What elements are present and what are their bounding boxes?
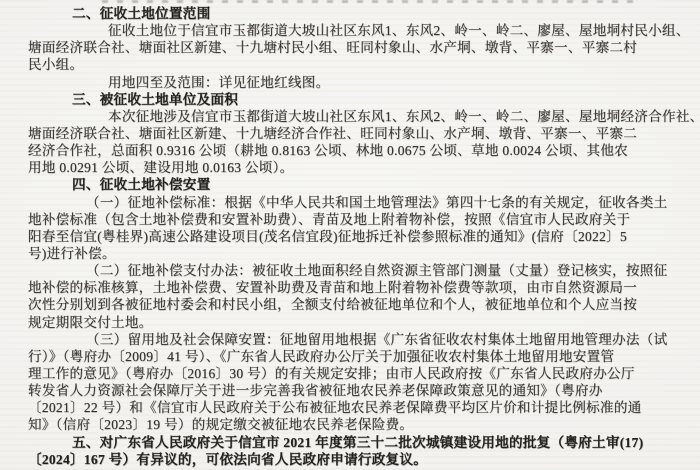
text-line: 知》（信府〔2023〕19 号）的规定缴交被征地农民养老保险费。 — [0, 416, 700, 433]
text-line: 三、被征收土地单位及面积 — [0, 91, 700, 108]
text-line: 行）》（粤府办〔2009〕41 号）、《广东省人民政府办公厅关于加强征收农村集体… — [0, 348, 700, 365]
text-line: 次性分别划到各被征地村委会和村民小组，全额支付给被征地单位和个人，被征地单位和个… — [0, 296, 700, 313]
scanned-document-page: 二、征收土地位置范围征收土地位于信宜市玉都街道大坡山社区东风1、东风2、岭一、岭… — [0, 0, 700, 470]
text-line: 经济合作社，总面积 0.9316 公顷（耕地 0.8163 公顷、林地 0.06… — [0, 142, 700, 159]
text-line: 用地四至及范围：详见征地红线图。 — [0, 74, 700, 91]
text-line: 转发省人力资源社会保障厅关于进一步完善我省被征地农民养老保障政策意见的通知》（粤… — [0, 382, 700, 399]
text-line: 征收土地位于信宜市玉都街道大坡山社区东风1、东风2、岭一、岭二、廖屋、屋地垌村民… — [0, 22, 700, 39]
text-line: 五、对广东省人民政府关于信宜市 2021 年度第三十二批次城镇建设用地的批复（粤… — [0, 434, 700, 451]
document-body: 二、征收土地位置范围征收土地位于信宜市玉都街道大坡山社区东风1、东风2、岭一、岭… — [0, 5, 700, 468]
text-line: 阳春至信宜(粤桂界)高速公路建设项目(茂名信宜段)征地拆迁补偿参照标准的通知》(… — [0, 228, 700, 245]
text-line: 理工作的意见》（粤府办〔2016〕30 号）的有关规定安排；由市人民政府按《广东… — [0, 365, 700, 382]
text-line: 二、征收土地位置范围 — [0, 5, 700, 22]
text-line: （三）留用地及社会保障安置：征地留用地根据《广东省征收农村集体土地留用地管理办法… — [0, 331, 700, 348]
text-line: 塘面经济联合社、塘面社区新建、十九塘经济合作社、旺同村象山、水产垌、墩背、平寨一… — [0, 125, 700, 142]
text-line: 地补偿标准（包含土地补偿费和安置补助费）、青苗及地上附着物补偿，按照《信宜市人民… — [0, 211, 700, 228]
text-line: 用地 0.0291 公顷、建设用地 0.0163 公顷）。 — [0, 159, 700, 176]
text-line: 规定期限交付土地。 — [0, 314, 700, 331]
text-line: 〔2021〕22 号）和《信宜市人民政府关于公布被征地农民养老保障费平均区片价和… — [0, 399, 700, 416]
cropped-line-fragment — [102, 0, 642, 3]
text-line: 四、征收土地补偿安置 — [0, 176, 700, 193]
text-line: （一）征地补偿标准：根据《中华人民共和国土地管理法》第四十七条的有关规定，征收各… — [0, 194, 700, 211]
text-line: 塘面经济联合社、塘面社区新建、十九塘村民小组、旺同村象山、水产垌、墩背、平寨一、… — [0, 39, 700, 56]
text-line: 〔2024〕167 号）有异议的，可依法向省人民政府申请行政复议。 — [0, 451, 700, 468]
text-line: 民小组。 — [0, 56, 700, 73]
text-line: （二）征地补偿支付办法：被征收土地面积经自然资源主管部门测量（丈量）登记核实，按… — [0, 262, 700, 279]
text-line: 地补偿的标准核算，土地补偿费、安置补助费及青苗和地上附着物补偿费等款项，由市自然… — [0, 279, 700, 296]
text-line: 号)进行补偿。 — [0, 245, 700, 262]
text-line: 本次征地涉及信宜市玉都街道大坡山社区东风1、东风2、岭一、岭二、廖屋、屋地垌经济… — [0, 108, 700, 125]
